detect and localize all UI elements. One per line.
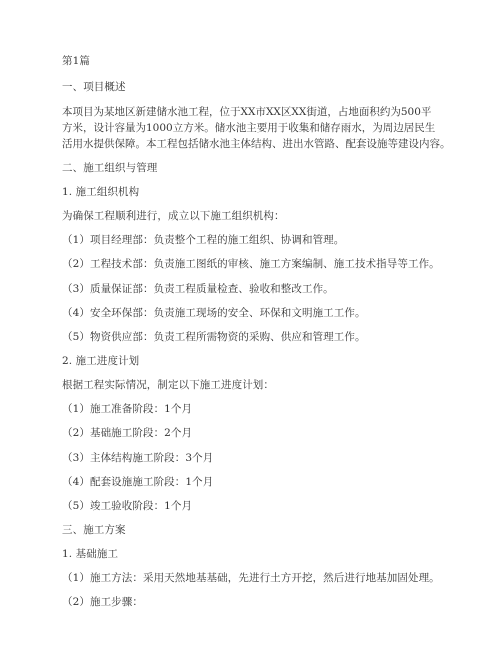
list-item: （2）工程技术部：负责施工图纸的审核、施工方案编制、施工技术指导等工作。 <box>62 257 440 271</box>
list-item: （2）基础施工阶段：2个月 <box>62 426 192 440</box>
paragraph-line: 活用水提供保障。本工程包括储水池主体结构、进出水管路、配套设施等建设内容。 <box>62 136 442 152</box>
section-heading-plan: 三、施工方案 <box>62 523 126 537</box>
overview-paragraph: 本项目为某地区新建储水池工程，位于XX市XX区XX街道，占地面积约为500平 方… <box>62 104 442 152</box>
list-item: （2）施工步骤： <box>62 595 143 609</box>
subsection-intro: 根据工程实际情况，制定以下施工进度计划： <box>62 378 274 392</box>
list-item: （5）物资供应部：负责工程所需物资的采购、供应和管理工作。 <box>62 330 366 344</box>
list-item: （1）施工方法：采用天然地基基础，先进行土方开挖，然后进行地基加固处理。 <box>62 571 440 585</box>
paragraph-line: 本项目为某地区新建储水池工程，位于XX市XX区XX街道，占地面积约为500平 <box>62 104 442 120</box>
list-item: （5）竣工验收阶段：1个月 <box>62 499 192 513</box>
list-item: （3）质量保证部：负责工程质量检查、验收和整改工作。 <box>62 282 334 296</box>
subsection-heading-schedule: 2. 施工进度计划 <box>62 354 139 368</box>
list-item: （1）施工准备阶段：1个月 <box>62 402 192 416</box>
subsection-heading-org-structure: 1. 施工组织机构 <box>62 185 139 199</box>
list-item: （3）主体结构施工阶段：3个月 <box>62 451 213 465</box>
chapter-title: 第1篇 <box>62 54 90 68</box>
subsection-intro: 为确保工程顺利进行，成立以下施工组织机构： <box>62 209 285 223</box>
document-page: 第1篇 一、项目概述 本项目为某地区新建储水池工程，位于XX市XX区XX街道，占… <box>0 0 502 649</box>
paragraph-line: 方米，设计容量为1000立方米。储水池主要用于收集和储存雨水，为周边居民生 <box>62 120 442 136</box>
section-heading-overview: 一、项目概述 <box>62 80 126 94</box>
section-heading-organization: 二、施工组织与管理 <box>62 161 157 175</box>
list-item: （1）项目经理部：负责整个工程的施工组织、协调和管理。 <box>62 233 344 247</box>
list-item: （4）安全环保部：负责施工现场的安全、环保和文明施工工作。 <box>62 306 366 320</box>
list-item: （4）配套设施施工阶段：1个月 <box>62 475 213 489</box>
subsection-heading-foundation: 1. 基础施工 <box>62 547 118 561</box>
